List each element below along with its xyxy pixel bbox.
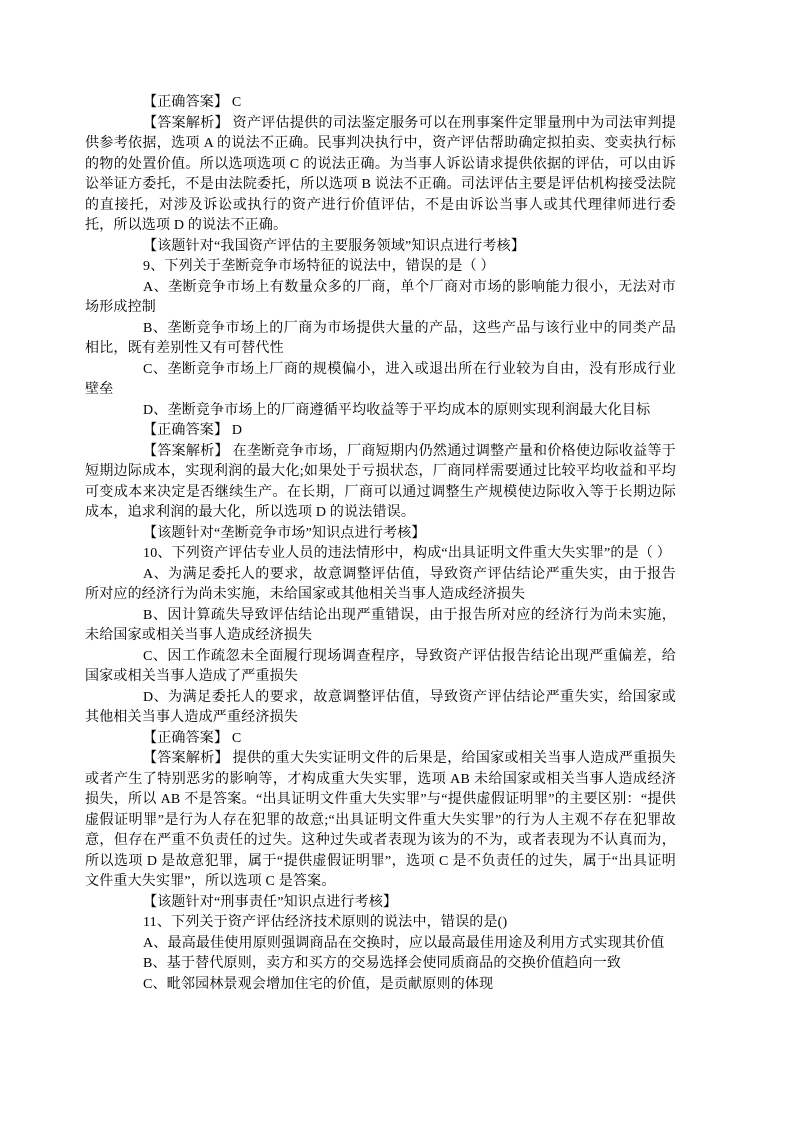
- document-page: 【正确答案】 C【答案解析】 资产评估提供的司法鉴定服务可以在刑事案件定罪量刑中…: [0, 0, 794, 1123]
- option-9-b: B、垄断竞争市场上的厂商为市场提供大量的产品，这些产品与该行业中的同类产品相比，…: [85, 319, 676, 360]
- correct-answer-line-q10: 【正确答案】 C: [85, 729, 676, 750]
- question-stem-10: 10、下列资产评估专业人员的违法情形中，构成“出具证明文件重大失实罪”的是（ ）: [85, 544, 676, 565]
- knowledge-point-note-q8: 【该题针对“我国资产评估的主要服务领域”知识点进行考核】: [85, 237, 676, 258]
- answer-analysis-q9: 【答案解析】 在垄断竞争市场，厂商短期内仍然通过调整产量和价格使边际收益等于短期…: [85, 442, 676, 524]
- option-9-c: C、垄断竞争市场上厂商的规模偏小，进入或退出所在行业较为自由，没有形成行业壁垒: [85, 360, 676, 401]
- option-11-b: B、基于替代原则，卖方和买方的交易选择会使同质商品的交换价值趋向一致: [85, 954, 676, 975]
- knowledge-point-note-q9: 【该题针对“垄断竞争市场”知识点进行考核】: [85, 524, 676, 545]
- option-9-a: A、垄断竞争市场上有数量众多的厂商，单个厂商对市场的影响能力很小，无法对市场形成…: [85, 278, 676, 319]
- question-stem-9: 9、下列关于垄断竞争市场特征的说法中，错误的是（ ）: [85, 257, 676, 278]
- answer-analysis-q8: 【答案解析】 资产评估提供的司法鉴定服务可以在刑事案件定罪量刑中为司法审判提供参…: [85, 114, 676, 237]
- option-11-c: C、毗邻园林景观会增加住宅的价值，是贡献原则的体现: [85, 975, 676, 996]
- correct-answer-line-q9: 【正确答案】 D: [85, 421, 676, 442]
- option-10-b: B、因计算疏失导致评估结论出现严重错误，由于报告所对应的经济行为尚未实施，未给国…: [85, 606, 676, 647]
- option-10-c: C、因工作疏忽未全面履行现场调查程序，导致资产评估报告结论出现严重偏差，给国家或…: [85, 647, 676, 688]
- knowledge-point-note-q10: 【该题针对“刑事责任”知识点进行考核】: [85, 893, 676, 914]
- correct-answer-line-q8: 【正确答案】 C: [85, 93, 676, 114]
- option-10-d: D、为满足委托人的要求，故意调整评估值，导致资产评估结论严重失实，给国家或其他相…: [85, 688, 676, 729]
- option-10-a: A、为满足委托人的要求，故意调整评估值，导致资产评估结论严重失实，由于报告所对应…: [85, 565, 676, 606]
- option-9-d: D、垄断竞争市场上的厂商遵循平均收益等于平均成本的原则实现利润最大化目标: [85, 401, 676, 422]
- text-block: 【正确答案】 C【答案解析】 资产评估提供的司法鉴定服务可以在刑事案件定罪量刑中…: [85, 93, 676, 995]
- option-11-a: A、最高最佳使用原则强调商品在交换时，应以最高最佳用途及利用方式实现其价值: [85, 934, 676, 955]
- answer-analysis-q10: 【答案解析】 提供的重大失实证明文件的后果是，给国家或相关当事人造成严重损失或者…: [85, 749, 676, 893]
- question-stem-11: 11、下列关于资产评估经济技术原则的说法中，错误的是(): [85, 913, 676, 934]
